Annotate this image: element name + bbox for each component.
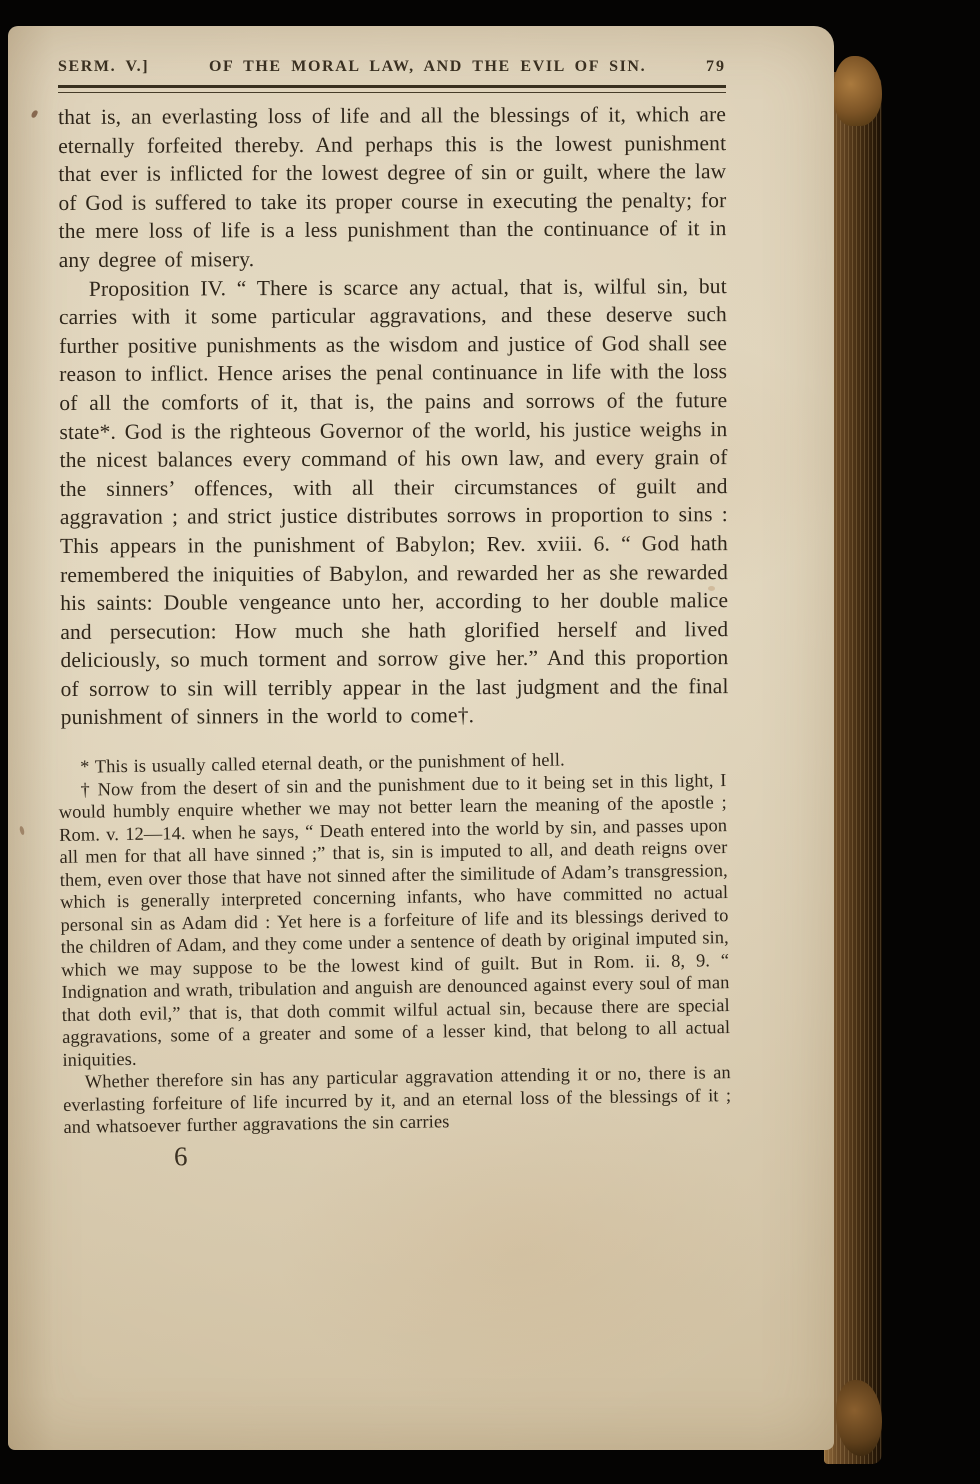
- header-double-rule: [58, 85, 726, 93]
- page-content: SERM. V.] OF THE MORAL LAW, AND THE EVIL…: [58, 58, 726, 1169]
- header-page-number: 79: [706, 58, 726, 76]
- footnote-dagger: † Now from the desert of sin and the pun…: [58, 769, 730, 1071]
- paper-speck: [31, 109, 39, 118]
- footnote-closing-paragraph: Whether therefore sin has any particular…: [63, 1061, 732, 1138]
- running-header: SERM. V.] OF THE MORAL LAW, AND THE EVIL…: [58, 58, 726, 76]
- paper-stain: [708, 586, 715, 591]
- book-scan-photo: SERM. V.] OF THE MORAL LAW, AND THE EVIL…: [0, 0, 980, 1484]
- header-title: OF THE MORAL LAW, AND THE EVIL OF SIN.: [149, 58, 706, 76]
- header-sermon-number: SERM. V.]: [58, 58, 149, 76]
- body-text: that is, an everlasting loss of life and…: [58, 100, 729, 732]
- signature-mark: 6: [174, 1137, 732, 1168]
- body-paragraph: that is, an everlasting loss of life and…: [58, 100, 727, 274]
- body-paragraph: Proposition IV. “ There is scarce any ac…: [59, 272, 729, 732]
- book-page: SERM. V.] OF THE MORAL LAW, AND THE EVIL…: [8, 26, 834, 1450]
- page-edge-top-corner: [834, 56, 882, 126]
- footnotes-block: * This is usually called eternal death, …: [58, 746, 732, 1169]
- paper-speck: [19, 826, 25, 836]
